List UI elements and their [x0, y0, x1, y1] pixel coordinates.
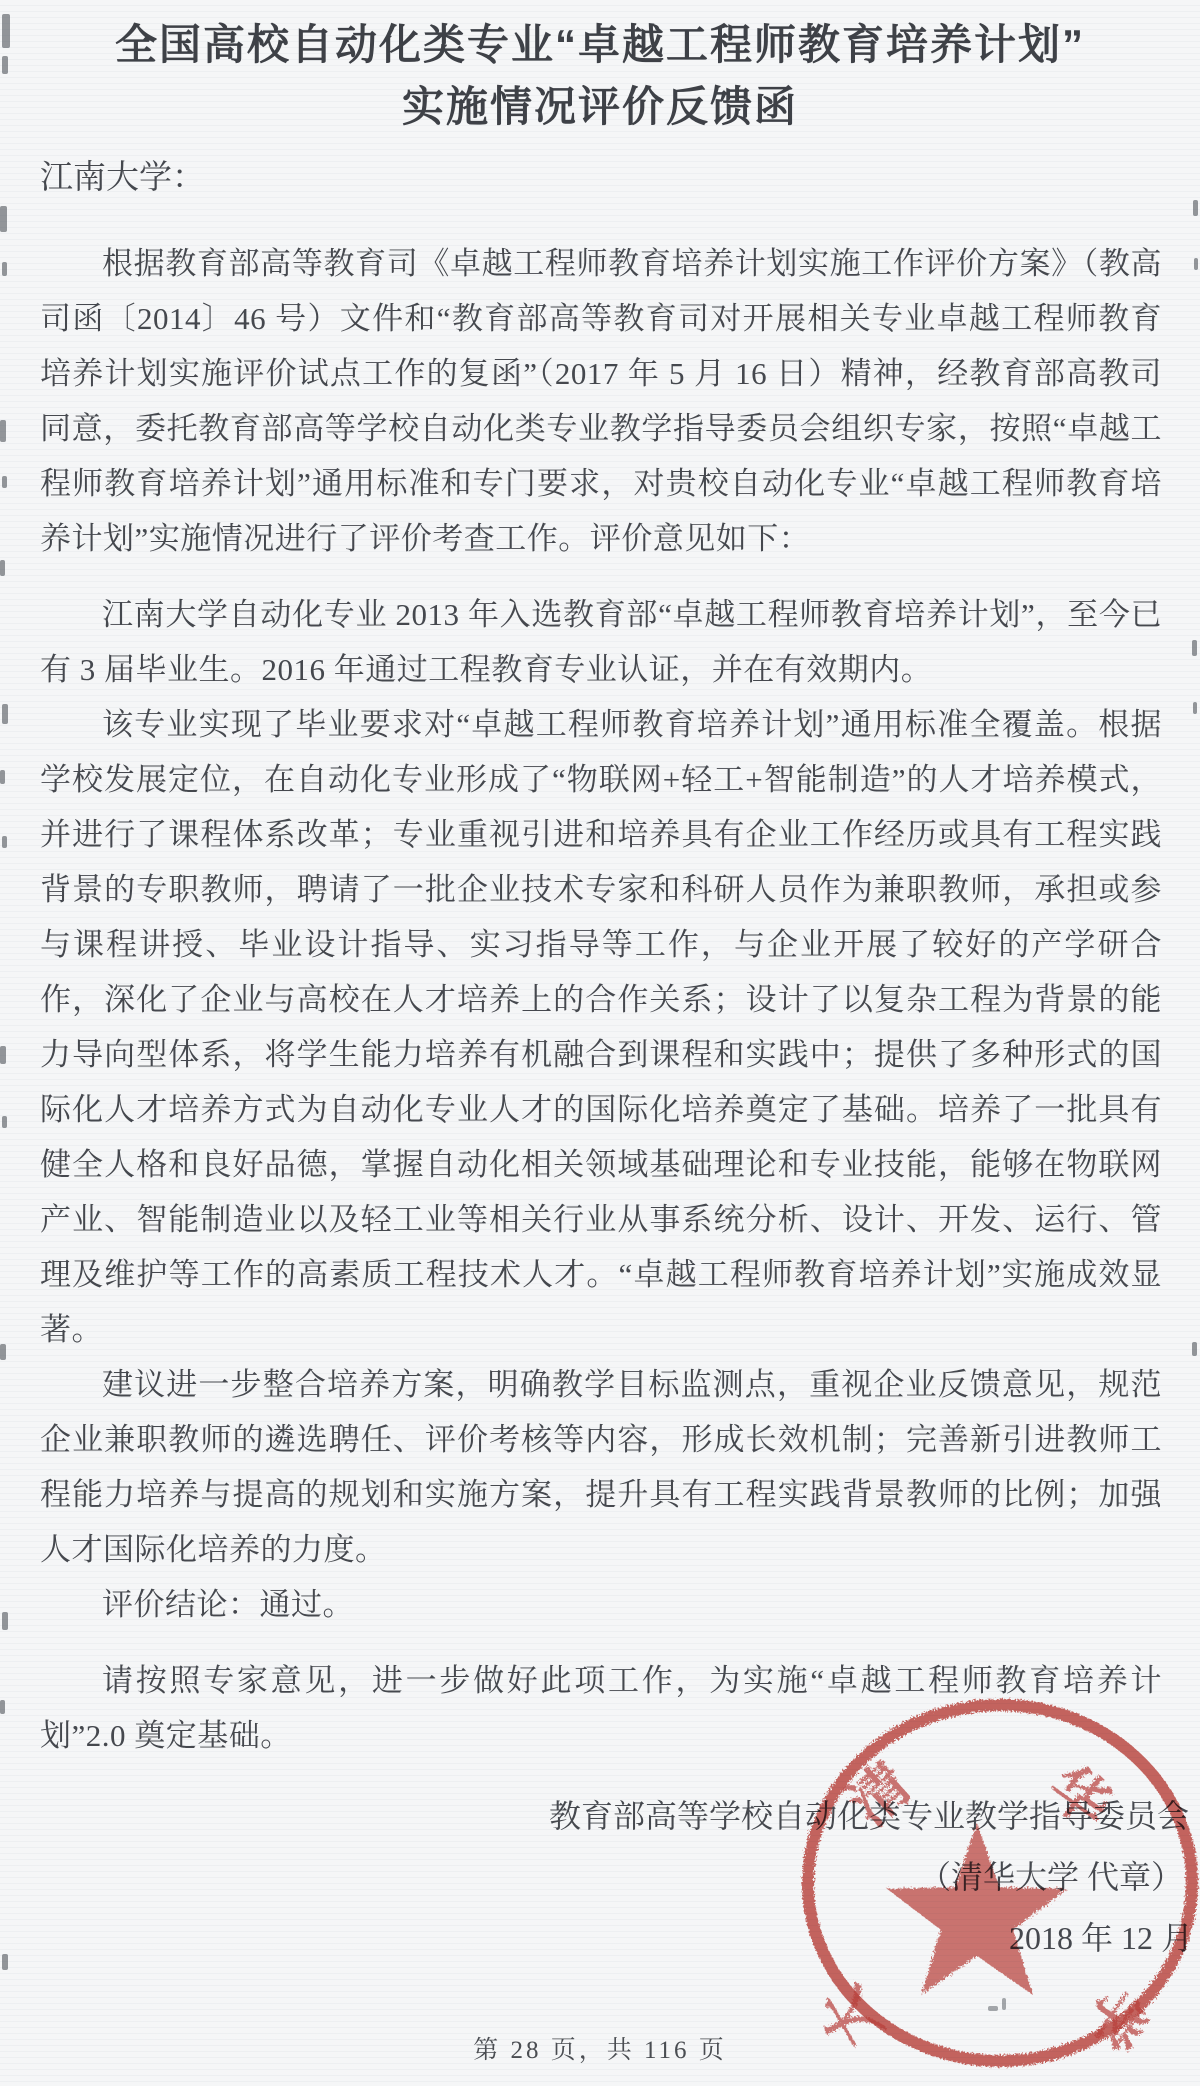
signature-block: 教育部高等学校自动化类专业教学指导委员会 （清华大学 代章） 2018 年 12…	[0, 1786, 1200, 1969]
signature-organization: 教育部高等学校自动化类专业教学指导委员会	[0, 1786, 1200, 1847]
page-footer: 第 28 页，共 116 页	[0, 2030, 1200, 2066]
paragraph-evaluation-findings: 该专业实现了毕业要求对“卓越工程师教育培养计划”通用标准全覆盖。根据学校发展定位…	[40, 697, 1162, 1357]
signature-date: 2018 年 12 月	[0, 1908, 1200, 1969]
closing-paragraph: 请按照专家意见，进一步做好此项工作，为实施“卓越工程师教育培养计划”2.0 奠定…	[40, 1653, 1162, 1763]
evaluation-conclusion: 评价结论：通过。	[40, 1577, 1162, 1632]
title-line-1: 全国高校自动化类专业“卓越工程师教育培养计划”	[0, 16, 1200, 74]
paragraph-basis: 根据教育部高等教育司《卓越工程师教育培养计划实施工作评价方案》（教高司函〔201…	[40, 236, 1162, 566]
title-line-2: 实施情况评价反馈函	[0, 78, 1200, 136]
document-page: 全国高校自动化类专业“卓越工程师教育培养计划” 实施情况评价反馈函 江南大学： …	[0, 0, 1200, 2086]
salutation: 江南大学：	[40, 158, 205, 198]
document-title: 全国高校自动化类专业“卓越工程师教育培养计划” 实施情况评价反馈函	[0, 16, 1200, 136]
signature-agent-note: （清华大学 代章）	[0, 1847, 1200, 1908]
paragraph-recommendations: 建议进一步整合培养方案，明确教学目标监测点，重视企业反馈意见，规范企业兼职教师的…	[40, 1357, 1162, 1577]
paragraph-program-history: 江南大学自动化专业 2013 年入选教育部“卓越工程师教育培养计划”，至今已有 …	[40, 587, 1162, 697]
